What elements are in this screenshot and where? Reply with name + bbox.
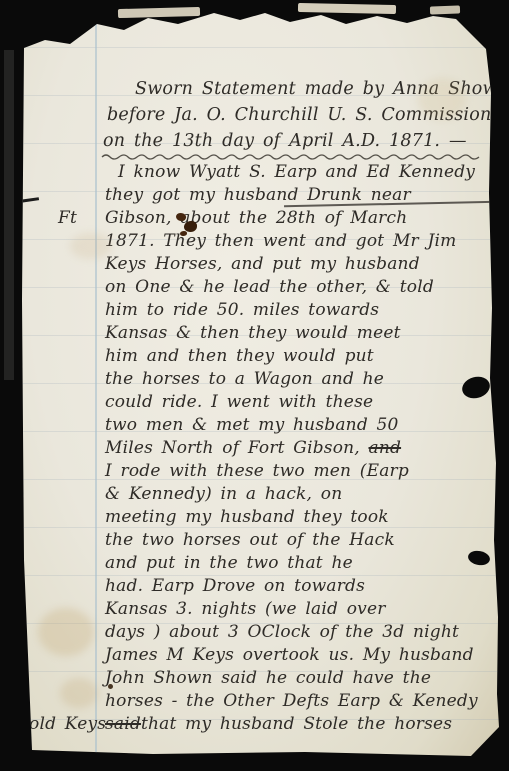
handwritten-line: Miles North of Fort Gibson, and bbox=[0, 437, 509, 460]
handwritten-line: FtGibson, about the 28th of March bbox=[0, 207, 509, 230]
handwritten-line: on One & he lead the other, & told bbox=[0, 276, 509, 299]
ink-blot bbox=[180, 231, 187, 236]
line-text: 1871. They then went and got Mr Jim bbox=[105, 231, 456, 251]
line-text: I rode with these two men (Earp bbox=[105, 461, 409, 481]
torn-paper-fragment bbox=[298, 3, 396, 14]
line-text: Gibson, about the 28th of March bbox=[105, 208, 407, 228]
handwritten-line: had. Earp Drove on towards bbox=[0, 575, 509, 598]
ink-spot bbox=[108, 684, 113, 689]
struck-word: and bbox=[369, 438, 402, 458]
handwritten-line: Kansas & then they would meet bbox=[0, 322, 509, 345]
handwritten-line: could ride. I went with these bbox=[0, 391, 509, 414]
handwritten-line: Keys Horses, and put my husband bbox=[0, 253, 509, 276]
torn-paper-fragment bbox=[430, 5, 460, 14]
handwritten-line: I rode with these two men (Earp bbox=[0, 460, 509, 483]
line-text: the two horses out of the Hack bbox=[105, 530, 395, 550]
margin-note: told Keys bbox=[22, 713, 106, 736]
struck-word: said bbox=[105, 714, 141, 734]
line-text: had. Earp Drove on towards bbox=[105, 576, 365, 596]
line-text: could ride. I went with these bbox=[105, 392, 373, 412]
handwritten-line: the horses to a Wagon and he bbox=[0, 368, 509, 391]
line-text: the horses to a Wagon and he bbox=[105, 369, 384, 389]
line-text: Kansas & then they would meet bbox=[105, 323, 401, 343]
line-text: and put in the two that he bbox=[105, 553, 353, 573]
line-text: they got my husband Drunk near bbox=[105, 185, 411, 205]
handwritten-line: two men & met my husband 50 bbox=[0, 414, 509, 437]
photo-background: Sworn Statement made by Anna Shown befor… bbox=[0, 0, 509, 771]
line-text: two men & met my husband 50 bbox=[105, 415, 399, 435]
handwritten-line: and put in the two that he bbox=[0, 552, 509, 575]
paper-stain bbox=[70, 233, 112, 259]
paper-stain bbox=[38, 608, 94, 656]
line-text: James M Keys overtook us. My husband bbox=[105, 645, 474, 665]
line-text: horses - the Other Defts Earp & Kenedy bbox=[105, 691, 478, 711]
line-text: Kansas 3. nights (we laid over bbox=[105, 599, 386, 619]
line-text: Miles North of Fort Gibson, bbox=[105, 438, 369, 458]
line-text: & Kennedy) in a hack, on bbox=[105, 484, 342, 504]
line-text: meeting my husband they took bbox=[105, 507, 389, 527]
margin-note: Ft bbox=[58, 207, 77, 230]
torn-paper-fragment bbox=[118, 7, 200, 18]
mat-edge bbox=[4, 50, 14, 380]
paper-stain bbox=[418, 78, 466, 120]
line-text: Keys Horses, and put my husband bbox=[105, 254, 420, 274]
line-text: him and then they would put bbox=[105, 346, 374, 366]
document-paper: Sworn Statement made by Anna Shown befor… bbox=[0, 0, 509, 771]
handwritten-line: I know Wyatt S. Earp and Ed Kennedy bbox=[0, 161, 509, 184]
handwritten-line: meeting my husband they took bbox=[0, 506, 509, 529]
handwritten-line: told Keyssaidthat my husband Stole the h… bbox=[0, 713, 509, 736]
line-text: days ) about 3 OClock of the 3d night bbox=[105, 622, 459, 642]
line-text: him to ride 50. miles towards bbox=[105, 300, 379, 320]
line-text: I know Wyatt S. Earp and Ed Kennedy bbox=[118, 162, 475, 182]
handwritten-line: him to ride 50. miles towards bbox=[0, 299, 509, 322]
line-text: on One & he lead the other, & told bbox=[105, 277, 434, 297]
handwritten-line: him and then they would put bbox=[0, 345, 509, 368]
handwritten-line: the two horses out of the Hack bbox=[0, 529, 509, 552]
ink-blot bbox=[184, 221, 197, 232]
line-text: John Shown said he could have the bbox=[105, 668, 431, 688]
paper-stain bbox=[60, 678, 98, 708]
line-text: that my husband Stole the horses bbox=[141, 714, 452, 734]
handwritten-line: & Kennedy) in a hack, on bbox=[0, 483, 509, 506]
